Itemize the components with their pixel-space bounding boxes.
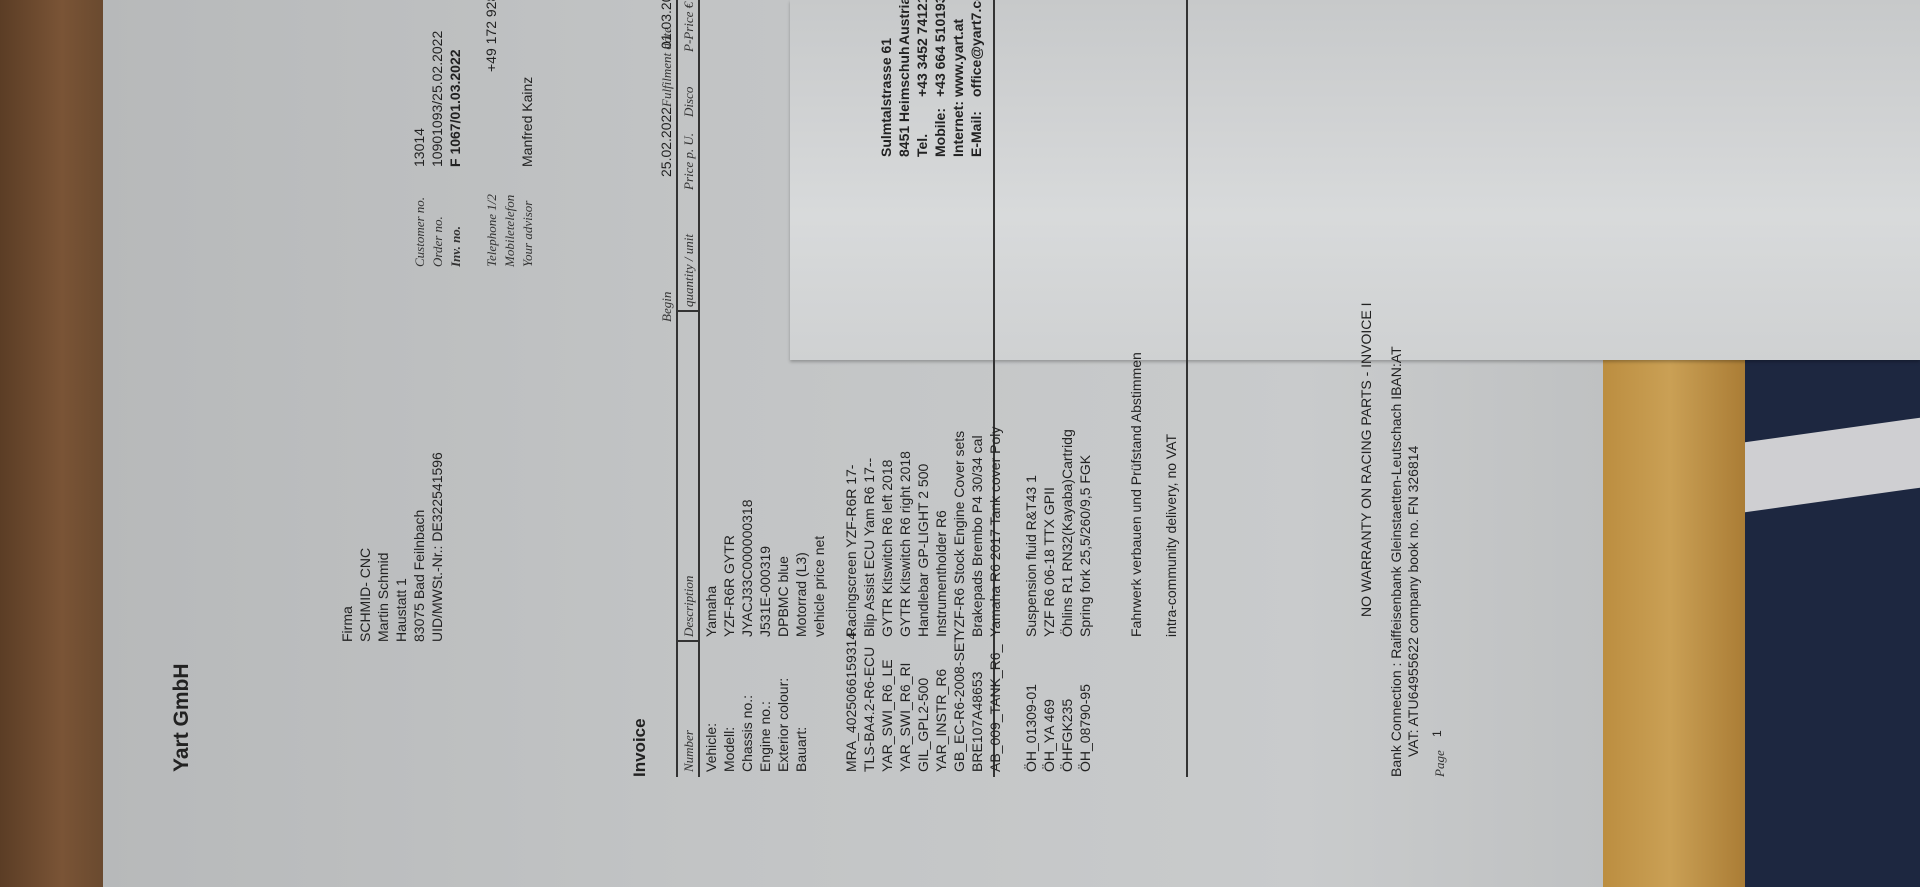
company-tel-label: Tel. [914, 134, 931, 157]
col-header-quantity: quantity / unit [680, 234, 697, 307]
company-mobile-label: Mobile: [932, 108, 949, 157]
part-number: YAR_SWI_R6_LE [879, 659, 896, 772]
vehicle-field-label: Modell: [721, 727, 738, 772]
customer-no-label: Customer no. [411, 197, 428, 267]
fulfilment-value: 01.03.20 [658, 0, 675, 49]
part-number: TLS-BA4.2-R6-ECU [861, 647, 878, 772]
invoice-title: Invoice [631, 718, 648, 777]
recipient-vat-id: UID/MWSt.-Nr.: DE322541596 [429, 452, 446, 642]
vehicle-field-value: JYACJ33C000000318 [739, 499, 756, 637]
company-country: Austria [896, 0, 913, 45]
company-internet-label: Internet: [950, 101, 967, 157]
vehicle-field-value: Yamaha [703, 586, 720, 637]
order-no-value: 10901093/25.02.2022 [429, 31, 446, 167]
col-divider [676, 311, 699, 313]
company-street: Sulmtalstrasse 61 [878, 38, 895, 157]
invoice-page: Yart GmbH Sulmtalstrasse 61 8451 Heimsch… [103, 0, 1603, 887]
page-label: Page [1431, 750, 1448, 777]
telephone-label: Telephone 1/2 [483, 194, 500, 267]
vat-note: intra-community delivery, no VAT [1163, 434, 1180, 637]
part-number: YAR_INSTR_R6 [933, 669, 950, 772]
part-number: YAR_SWI_R6_RI [897, 663, 914, 772]
vehicle-field-value: vehicle price net [811, 536, 828, 637]
mobile-label: Mobiletelefon [501, 195, 518, 267]
col-divider [676, 641, 699, 643]
table-bottom-line [1186, 0, 1188, 777]
part-description: Blip Assist ECU Yam R6 17-- [861, 458, 878, 637]
customer-no-value: 13014 [411, 128, 428, 167]
col-header-price: Price p. U. [680, 133, 697, 190]
vehicle-field-label: Exterior colour: [775, 678, 792, 772]
part-description: YZF R6 06-18 TTX GPII [1041, 487, 1058, 637]
vat-company-book: VAT: ATU64955622 company book no. FN 326… [1405, 446, 1422, 757]
table-header-bottom-line [698, 0, 700, 777]
inv-no-label: Inv. no. [447, 226, 464, 267]
company-name: Yart GmbH [173, 663, 190, 772]
recipient-line-1: Firma [339, 606, 356, 642]
page-number: 1 [1429, 730, 1446, 737]
company-city: 8451 Heimschuh [896, 47, 913, 158]
part-description: Yamaha R6 2017 Tank cover Poly [987, 427, 1004, 637]
part-description: Instrumentholder R6 [933, 510, 950, 637]
part-description: Racingscreen YZF-R6R 17- [843, 465, 860, 637]
part-number: MRA_4025066159314 [843, 632, 860, 772]
vehicle-field-value: DPBMC blue [775, 556, 792, 637]
part-description: Brakepads Brembo P4 30/34 cal [969, 435, 986, 637]
part-description: Suspension fluid R&T43 1 [1023, 475, 1040, 637]
part-description: GYTR Kitswitch R6 left 2018 [879, 460, 896, 637]
part-number: ÖH_01309-01 [1023, 684, 1040, 772]
company-email: office@yart7.com [968, 0, 985, 97]
recipient-line-5: 83075 Bad Feilnbach [411, 510, 428, 642]
part-description: Öhlins R1 RN32(Kayaba)Cartridg [1059, 429, 1076, 637]
advisor-value: Manfred Kainz [519, 77, 536, 167]
company-internet: www.yart.at [950, 19, 967, 97]
table-header-top-line [676, 0, 678, 777]
vehicle-field-label: Bauart: [793, 727, 810, 772]
company-email-label: E-Mail: [968, 111, 985, 157]
part-description: Handlebar GP-LIGHT 2 500 [915, 464, 932, 637]
bank-connection: Bank Connection : Raiffeisenbank Gleinst… [1388, 346, 1405, 777]
vehicle-field-value: Motorrad (L3) [793, 552, 810, 637]
wooden-table-right [1590, 360, 1750, 887]
col-header-description: Description [680, 576, 697, 637]
part-description: Spring fork 25,5/260/9,5 FGK [1077, 455, 1094, 637]
inv-no-value: F 1067/01.03.2022 [447, 49, 464, 167]
vehicle-field-value: J531E-000319 [757, 546, 774, 637]
part-number: ÖH_08790-95 [1077, 684, 1094, 772]
wooden-table-left [0, 0, 103, 887]
service-note: Fahrwerk verbauen und Prüfstand Abstimme… [1128, 352, 1145, 637]
company-mobile: +43 664 5101938 [932, 0, 949, 97]
order-no-label: Order no. [429, 216, 446, 267]
warranty-notice: NO WARRANTY ON RACING PARTS - INVOICE I [1358, 302, 1375, 617]
part-number: GIL_GPL2-500 [915, 678, 932, 772]
part-number: AB_009_TANK_R6_ [987, 645, 1004, 772]
part-number: BRE107A48653 [969, 672, 986, 772]
col-header-discount: Disco [680, 87, 697, 117]
recipient-line-3: Martin Schmid [375, 553, 392, 642]
part-description: GYTR Kitswitch R6 right 2018 [897, 451, 914, 637]
vehicle-field-label: Vehicle: [703, 723, 720, 772]
begin-value: 25.02.2022 [658, 107, 675, 177]
company-tel: +43 3452 74121 [914, 0, 931, 97]
part-number: ÖHFGK235 [1059, 699, 1076, 772]
begin-label: Begin [658, 292, 675, 322]
advisor-label: Your advisor [519, 201, 536, 267]
vehicle-field-value: YZF-R6R GYTR [721, 535, 738, 637]
recipient-line-2: SCHMID- CNC [357, 548, 374, 642]
vehicle-field-label: Engine no.: [757, 701, 774, 772]
vehicle-field-label: Chassis no.: [739, 695, 756, 772]
col-header-number: Number [680, 730, 697, 772]
telephone-value: +49 172 9283 [483, 0, 500, 72]
col-header-total-price: P-Price € [680, 2, 697, 52]
part-description: YZF-R6 Stock Engine Cover sets [951, 431, 968, 637]
part-number: GB_EC-R6-2008-SET [951, 634, 968, 772]
recipient-line-4: Haustatt 1 [393, 578, 410, 642]
part-number: ÖH_YA 469 [1041, 699, 1058, 772]
